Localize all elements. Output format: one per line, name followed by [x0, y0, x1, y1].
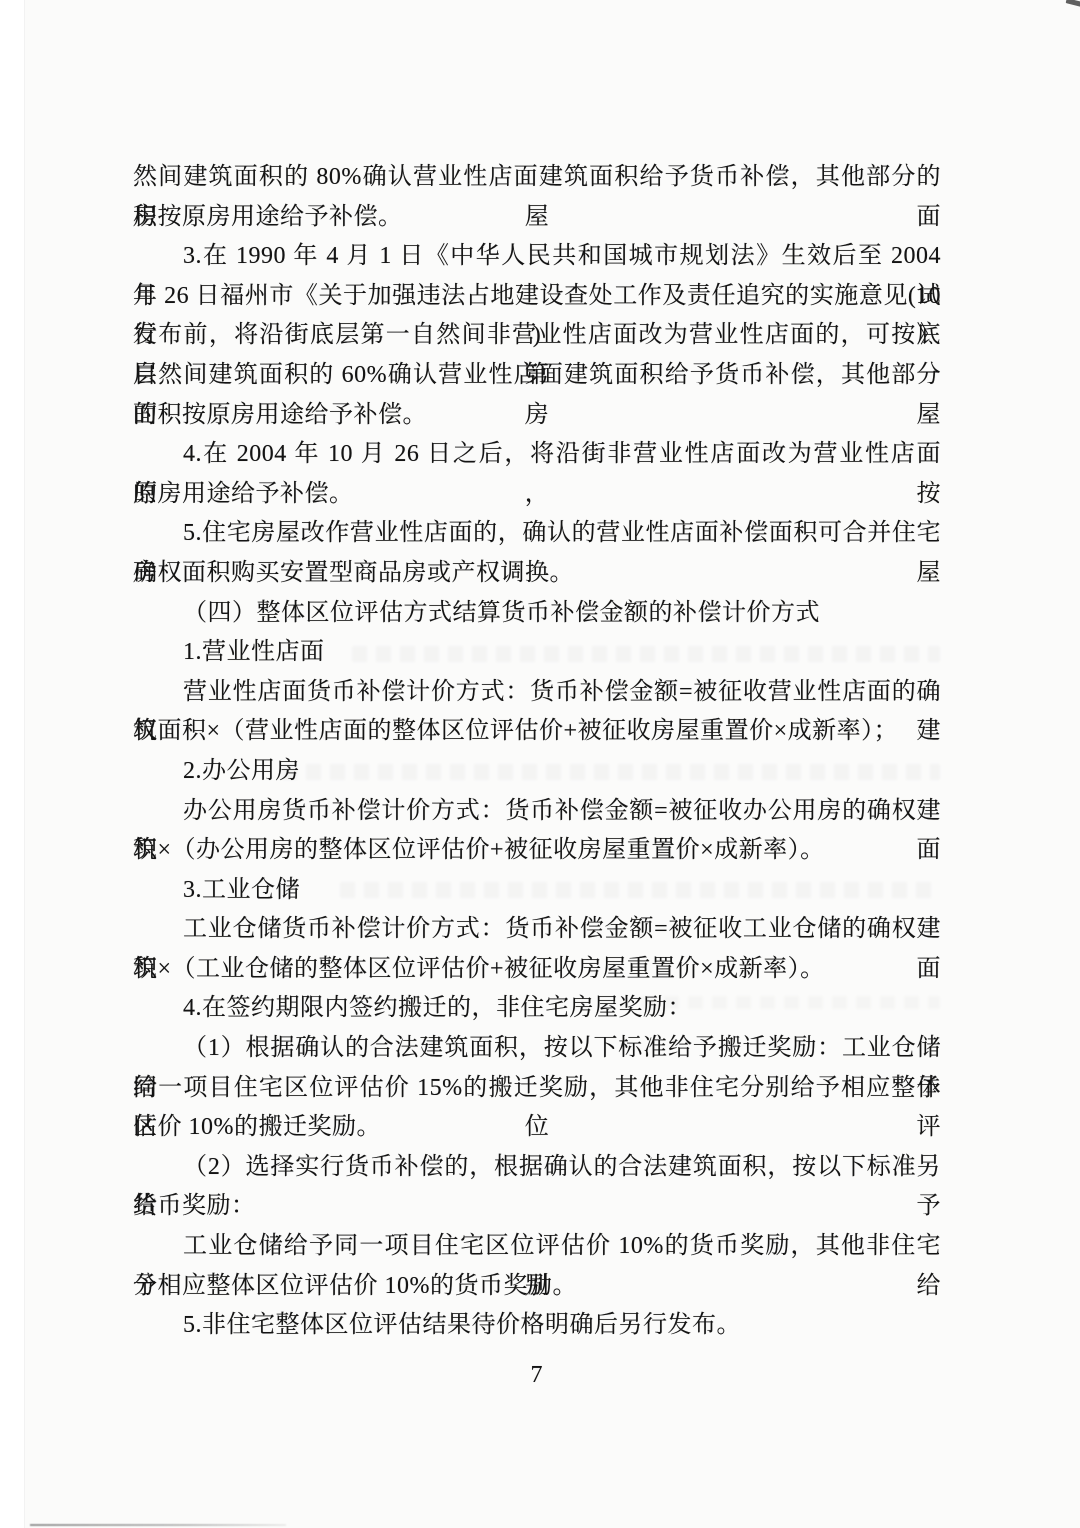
text-line: 3.工业仓储 — [133, 871, 941, 911]
text-line: 然间建筑面积的 80%确认营业性店面建筑面积给予货币补偿，其他部分的房屋面 — [133, 158, 941, 198]
text-line: 工业仓储货币补偿计价方式：货币补偿金额=被征收工业仓储的确权建筑面 — [133, 910, 941, 950]
text-line: 4.在 2004 年 10 月 26 日之后，将沿街非营业性店面改为营业性店面的… — [133, 435, 941, 475]
text-line: 营业性店面货币补偿计价方式：货币补偿金额=被征收营业性店面的确权建 — [133, 673, 941, 713]
text-line: 月 26 日福州市《关于加强违法占地建设查处工作及责任追究的实施意见(试行)》 — [133, 277, 941, 317]
document-body: 然间建筑面积的 80%确认营业性店面建筑面积给予货币补偿，其他部分的房屋面积按原… — [133, 158, 941, 1346]
text-line: 筑面积×（营业性店面的整体区位评估价+被征收房屋重置价×成新率）； — [133, 712, 941, 752]
scan-corner-artifact — [1066, 0, 1080, 7]
text-line: 5.住宅房屋改作营业性店面的，确认的营业性店面补偿面积可合并住宅房屋 — [133, 514, 941, 554]
page-number: 7 — [133, 1362, 941, 1389]
text-line: （1）根据确认的合法建筑面积，按以下标准给予搬迁奖励：工业仓储给予 — [133, 1029, 941, 1069]
scan-bottom-artifact — [30, 1524, 286, 1526]
text-line: 1.营业性店面 — [133, 633, 941, 673]
text-line: 自然间建筑面积的 60%确认营业性店面建筑面积给予货币补偿，其他部分的房屋 — [133, 356, 941, 396]
document-page: 然间建筑面积的 80%确认营业性店面建筑面积给予货币补偿，其他部分的房屋面积按原… — [0, 0, 1080, 1528]
scan-edge-strip — [0, 0, 25, 1528]
text-line: 积×（工业仓储的整体区位评估价+被征收房屋重置价×成新率）。 — [133, 950, 941, 990]
text-line: 工业仓储给予同一项目住宅区位评估价 10%的货币奖励，其他非住宅分别给 — [133, 1227, 941, 1267]
text-line: 同一项目住宅区位评估价 15%的搬迁奖励，其他非住宅分别给予相应整体区位评 — [133, 1069, 941, 1109]
text-line: 积×（办公用房的整体区位评估价+被征收房屋重置价×成新率）。 — [133, 831, 941, 871]
text-line: 2.办公用房 — [133, 752, 941, 792]
text-line: （2）选择实行货币补偿的，根据确认的合法建筑面积，按以下标准另给予 — [133, 1148, 941, 1188]
text-line: 3.在 1990 年 4 月 1 日《中华人民共和国城市规划法》生效后至 200… — [133, 237, 941, 277]
text-line: 办公用房货币补偿计价方式：货币补偿金额=被征收办公用房的确权建筑面 — [133, 792, 941, 832]
text-line: （四）整体区位评估方式结算货币补偿金额的补偿计价方式 — [133, 594, 941, 634]
text-line: 5.非住宅整体区位评估结果待价格明确后另行发布。 — [133, 1306, 941, 1346]
text-line: 4.在签约期限内签约搬迁的，非住宅房屋奖励： — [133, 989, 941, 1029]
text-line: 发布前，将沿街底层第一自然间非营业性店面改为营业性店面的，可按底层第一 — [133, 316, 941, 356]
